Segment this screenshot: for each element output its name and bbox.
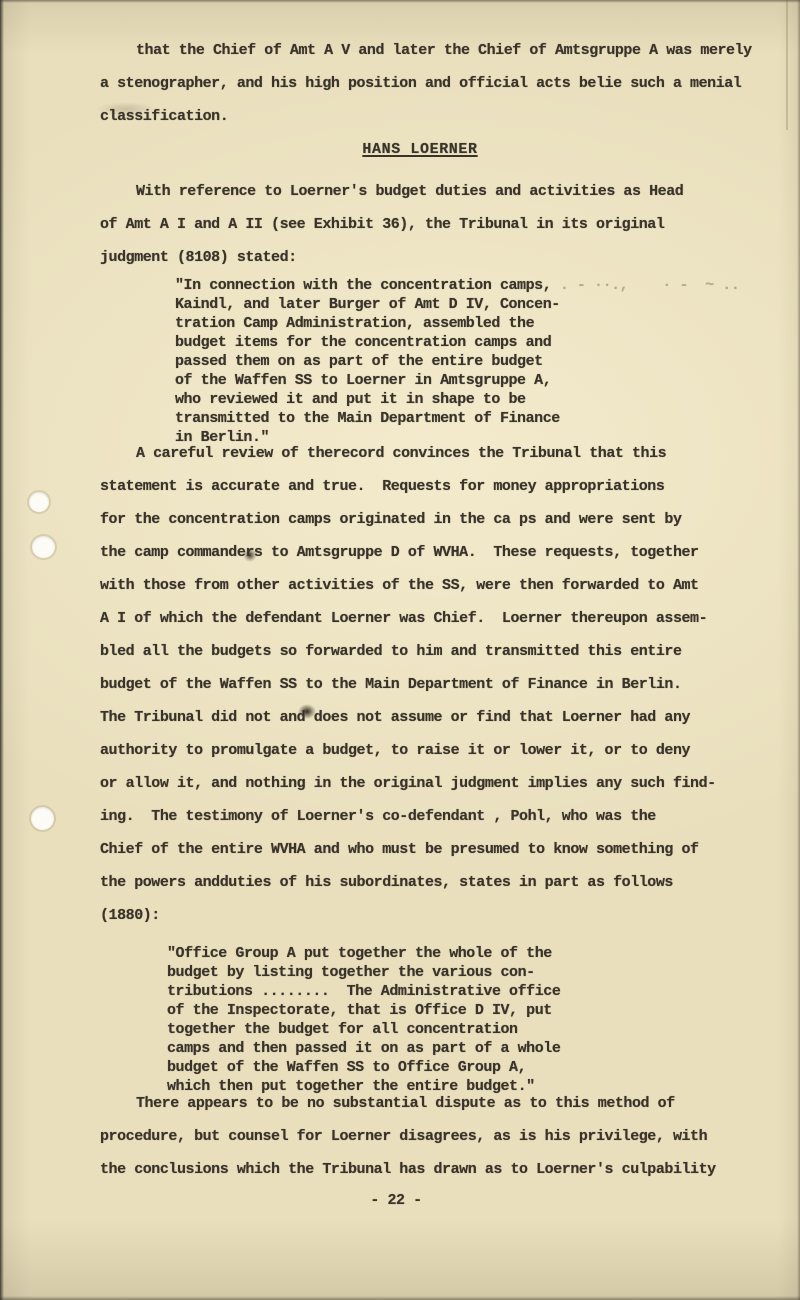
text-line: a stenographer, and his high position an… bbox=[100, 67, 750, 100]
paragraph: With reference to Loerner's budget dutie… bbox=[100, 175, 750, 274]
text-line: Chief of the entire WVHA and who must be… bbox=[100, 833, 750, 866]
hole-punch bbox=[32, 536, 55, 558]
typed-content: that the Chief of Amt A V and later the … bbox=[100, 0, 750, 1300]
text-line: that the Chief of Amt A V and later the … bbox=[100, 34, 750, 67]
text-line: The Tribunal did not and does not assume… bbox=[100, 701, 750, 734]
hole-punch bbox=[31, 807, 54, 830]
text-line: the conclusions which the Tribunal has d… bbox=[100, 1153, 750, 1186]
paper-crease bbox=[786, 0, 788, 130]
text-line: tration Camp Administration, assembled t… bbox=[175, 314, 800, 333]
text-line: budget of the Waffen SS to the Main Depa… bbox=[100, 668, 750, 701]
text-line: classification. bbox=[100, 100, 750, 133]
text-line: "In connection with the concentration ca… bbox=[175, 276, 800, 295]
text-line: budget by listing together the various c… bbox=[167, 963, 800, 982]
text-line: authority to promulgate a budget, to rai… bbox=[100, 734, 750, 767]
hole-punch bbox=[29, 492, 49, 512]
text-line: Kaindl, and later Burger of Amt D IV, Co… bbox=[175, 295, 800, 314]
page-left-edge bbox=[0, 0, 4, 1300]
section-heading: HANS LOERNER bbox=[95, 140, 745, 160]
text-line: camps and then passed it on as part of a… bbox=[167, 1039, 800, 1058]
document-page: that the Chief of Amt A V and later the … bbox=[0, 0, 800, 1300]
text-line: transmitted to the Main Department of Fi… bbox=[175, 409, 800, 428]
text-line: with those from other activities of the … bbox=[100, 569, 750, 602]
text-line: tributions ........ The Administrative o… bbox=[167, 982, 800, 1001]
paragraph: A careful review of therecord convinces … bbox=[100, 437, 750, 932]
text-line: the camp commanders to Amtsgruppe D of W… bbox=[100, 536, 750, 569]
text-line: budget items for the concentration camps… bbox=[175, 333, 800, 352]
text-line: ing. The testimony of Loerner's co-defen… bbox=[100, 800, 750, 833]
text-line: judgment (8108) stated: bbox=[100, 241, 750, 274]
blockquote: "In connection with the concentration ca… bbox=[175, 276, 800, 447]
text-line: of Amt A I and A II (see Exhibit 36), th… bbox=[100, 208, 750, 241]
erased-text: . - ··., · - ~ .. bbox=[551, 277, 739, 294]
text-line: who reviewed it and put it in shape to b… bbox=[175, 390, 800, 409]
text-line: of the Waffen SS to Loerner in Amtsgrupp… bbox=[175, 371, 800, 390]
text-line: passed them on as part of the entire bud… bbox=[175, 352, 800, 371]
text-line: With reference to Loerner's budget dutie… bbox=[100, 175, 750, 208]
text-line: budget of the Waffen SS to Office Group … bbox=[167, 1058, 800, 1077]
text-line: bled all the budgets so forwarded to him… bbox=[100, 635, 750, 668]
text-line: or allow it, and nothing in the original… bbox=[100, 767, 750, 800]
text-line: "Office Group A put together the whole o… bbox=[167, 944, 800, 963]
text-line: statement is accurate and true. Requests… bbox=[100, 470, 750, 503]
text-line: of the Inspectorate, that is Office D IV… bbox=[167, 1001, 800, 1020]
page-number: - 22 - bbox=[71, 1184, 721, 1217]
text-line: There appears to be no substantial dispu… bbox=[100, 1087, 750, 1120]
blockquote: "Office Group A put together the whole o… bbox=[167, 944, 800, 1096]
text-line: the powers andduties of his subordinates… bbox=[100, 866, 750, 899]
text-line: together the budget for all concentratio… bbox=[167, 1020, 800, 1039]
text-segment: "In connection with the concentration ca… bbox=[175, 277, 551, 294]
paragraph: There appears to be no substantial dispu… bbox=[100, 1087, 750, 1186]
text-line: A careful review of therecord convinces … bbox=[100, 437, 750, 470]
text-line: procedure, but counsel for Loerner disag… bbox=[100, 1120, 750, 1153]
text-line: for the concentration camps originated i… bbox=[100, 503, 750, 536]
text-line: (1880): bbox=[100, 899, 750, 932]
text-line: A I of which the defendant Loerner was C… bbox=[100, 602, 750, 635]
intro-paragraph: that the Chief of Amt A V and later the … bbox=[100, 34, 750, 133]
